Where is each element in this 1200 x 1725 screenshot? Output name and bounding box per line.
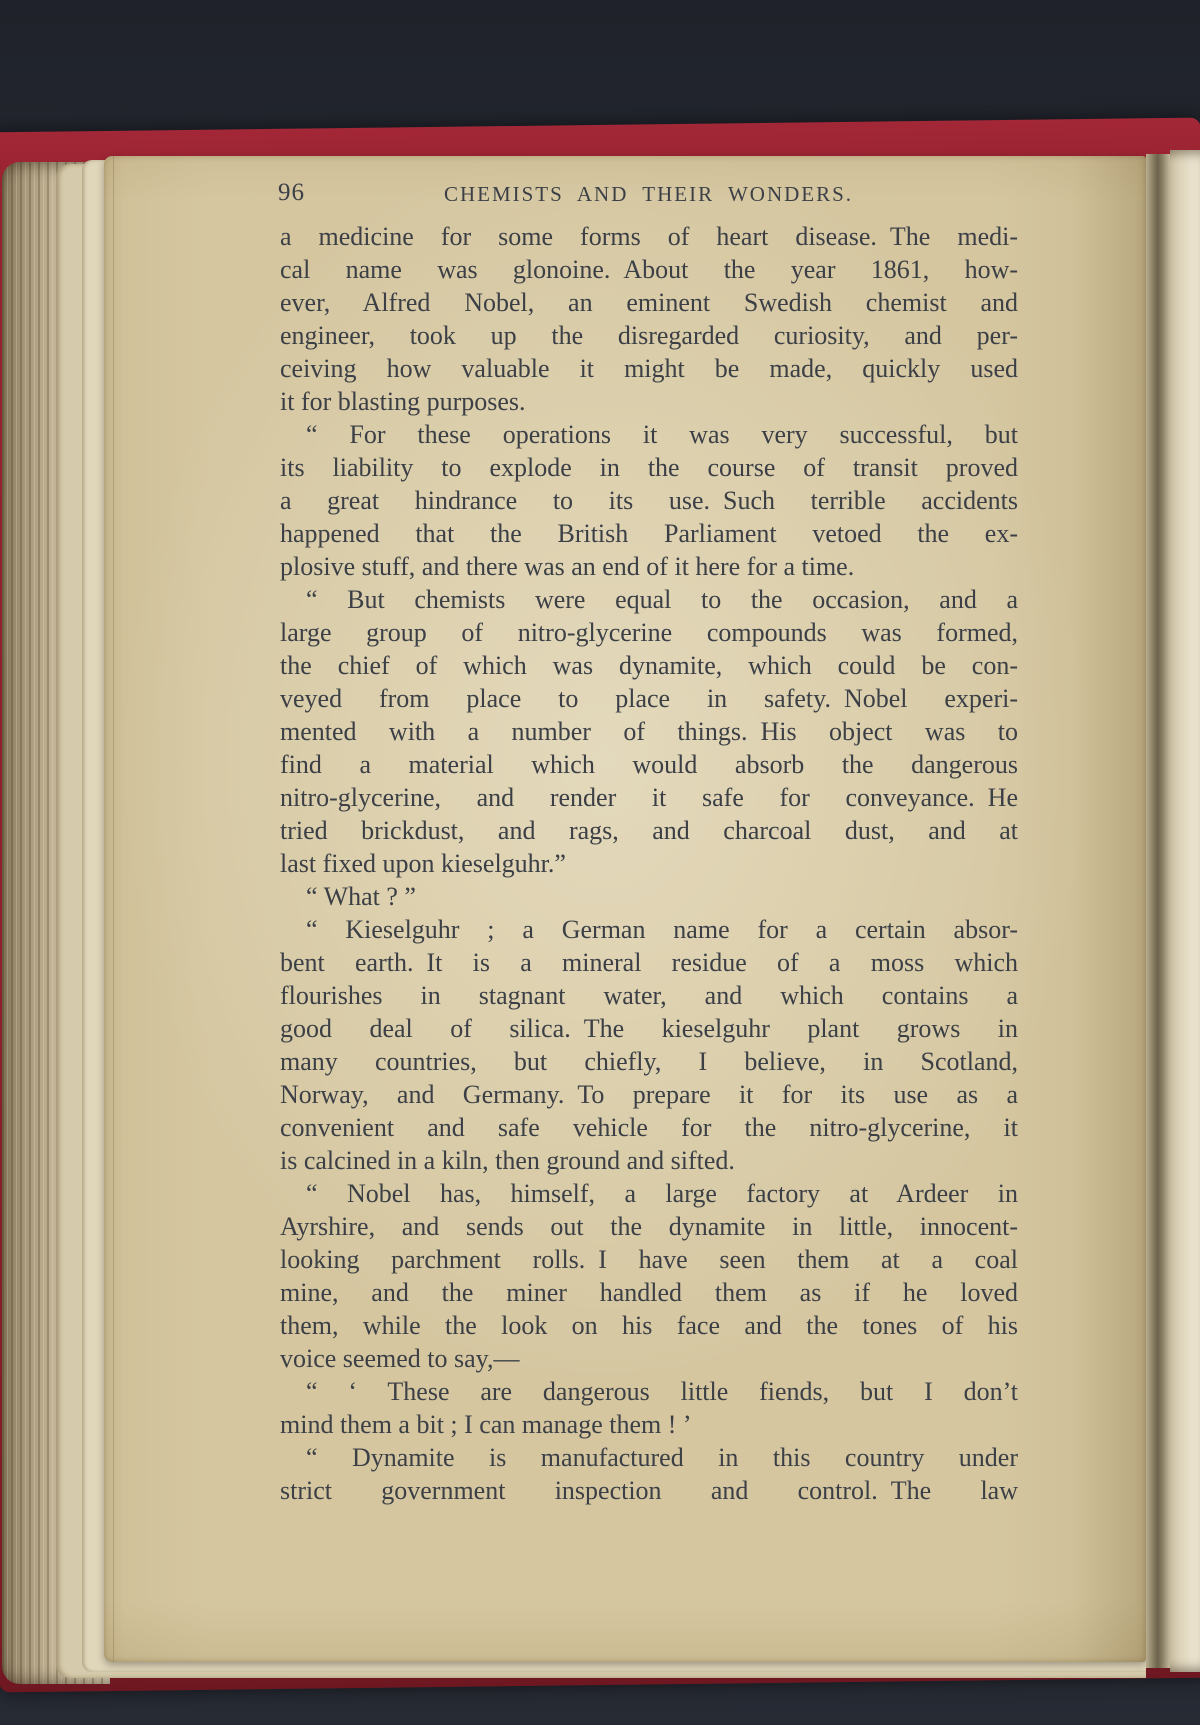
text-line: Norway, and Germany. To prepare it for i… bbox=[280, 1078, 1018, 1111]
text-line: “ Kieselguhr ; a German name for a certa… bbox=[280, 913, 1018, 946]
text-line: many countries, but chiefly, I believe, … bbox=[280, 1045, 1018, 1078]
text-line: Ayrshire, and sends out the dynamite in … bbox=[280, 1210, 1018, 1243]
text-line: “ Nobel has, himself, a large factory at… bbox=[280, 1177, 1018, 1210]
text-line: its liability to explode in the course o… bbox=[280, 451, 1018, 484]
text-line: ever, Alfred Nobel, an eminent Swedish c… bbox=[280, 286, 1018, 319]
text-line: looking parchment rolls. I have seen the… bbox=[280, 1243, 1018, 1276]
text-line: convenient and safe vehicle for the nitr… bbox=[280, 1111, 1018, 1144]
text-line: is calcined in a kiln, then ground and s… bbox=[280, 1144, 1018, 1177]
text-line: ceiving how valuable it might be made, q… bbox=[280, 352, 1018, 385]
text-line: “ What ? ” bbox=[280, 880, 1018, 913]
text-line: “ ‘ These are dangerous little fiends, b… bbox=[280, 1375, 1018, 1408]
book-scan: { "book": { "folio": "96", "running_head… bbox=[0, 0, 1200, 1725]
text-line: find a material which would absorb the d… bbox=[280, 748, 1018, 781]
text-line: good deal of silica. The kieselguhr plan… bbox=[280, 1012, 1018, 1045]
text-line: a medicine for some forms of heart disea… bbox=[280, 220, 1018, 253]
text-line: mind them a bit ; I can manage them ! ’ bbox=[280, 1408, 1018, 1441]
text-line: flourishes in stagnant water, and which … bbox=[280, 979, 1018, 1012]
running-head: CHEMISTS AND THEIR WONDERS. bbox=[280, 182, 1017, 207]
text-line: veyed from place to place in safety. Nob… bbox=[280, 682, 1018, 715]
text-line: strict government inspection and control… bbox=[280, 1474, 1018, 1507]
text-line: mine, and the miner handled them as if h… bbox=[280, 1276, 1018, 1309]
text-line: “ For these operations it was very succe… bbox=[280, 418, 1018, 451]
text-line: happened that the British Parliament vet… bbox=[280, 517, 1018, 550]
text-line: mented with a number of things. His obje… bbox=[280, 715, 1018, 748]
text-line: last fixed upon kieselguhr.” bbox=[280, 847, 1018, 880]
text-line: them, while the look on his face and the… bbox=[280, 1309, 1018, 1342]
text-line: a great hindrance to its use. Such terri… bbox=[280, 484, 1018, 517]
text-line: voice seemed to say,— bbox=[280, 1342, 1018, 1375]
text-line: bent earth. It is a mineral residue of a… bbox=[280, 946, 1018, 979]
text-line: “ Dynamite is manufactured in this count… bbox=[280, 1441, 1018, 1474]
text-line: it for blasting purposes. bbox=[280, 385, 1018, 418]
text-line: the chief of which was dynamite, which c… bbox=[280, 649, 1018, 682]
text-line: cal name was glonoine. About the year 18… bbox=[280, 253, 1018, 286]
facing-page-edge bbox=[1170, 150, 1200, 1672]
text-line: tried brickdust, and rags, and charcoal … bbox=[280, 814, 1018, 847]
text-line: large group of nitro-glycerine compounds… bbox=[280, 616, 1018, 649]
body-text: a medicine for some forms of heart disea… bbox=[280, 220, 1018, 1507]
text-line: nitro-glycerine, and render it safe for … bbox=[280, 781, 1018, 814]
text-line: plosive stuff, and there was an end of i… bbox=[280, 550, 1018, 583]
text-line: “ But chemists were equal to the occasio… bbox=[280, 583, 1018, 616]
text-line: engineer, took up the disregarded curios… bbox=[280, 319, 1018, 352]
gutter-shadow bbox=[1146, 154, 1170, 1668]
